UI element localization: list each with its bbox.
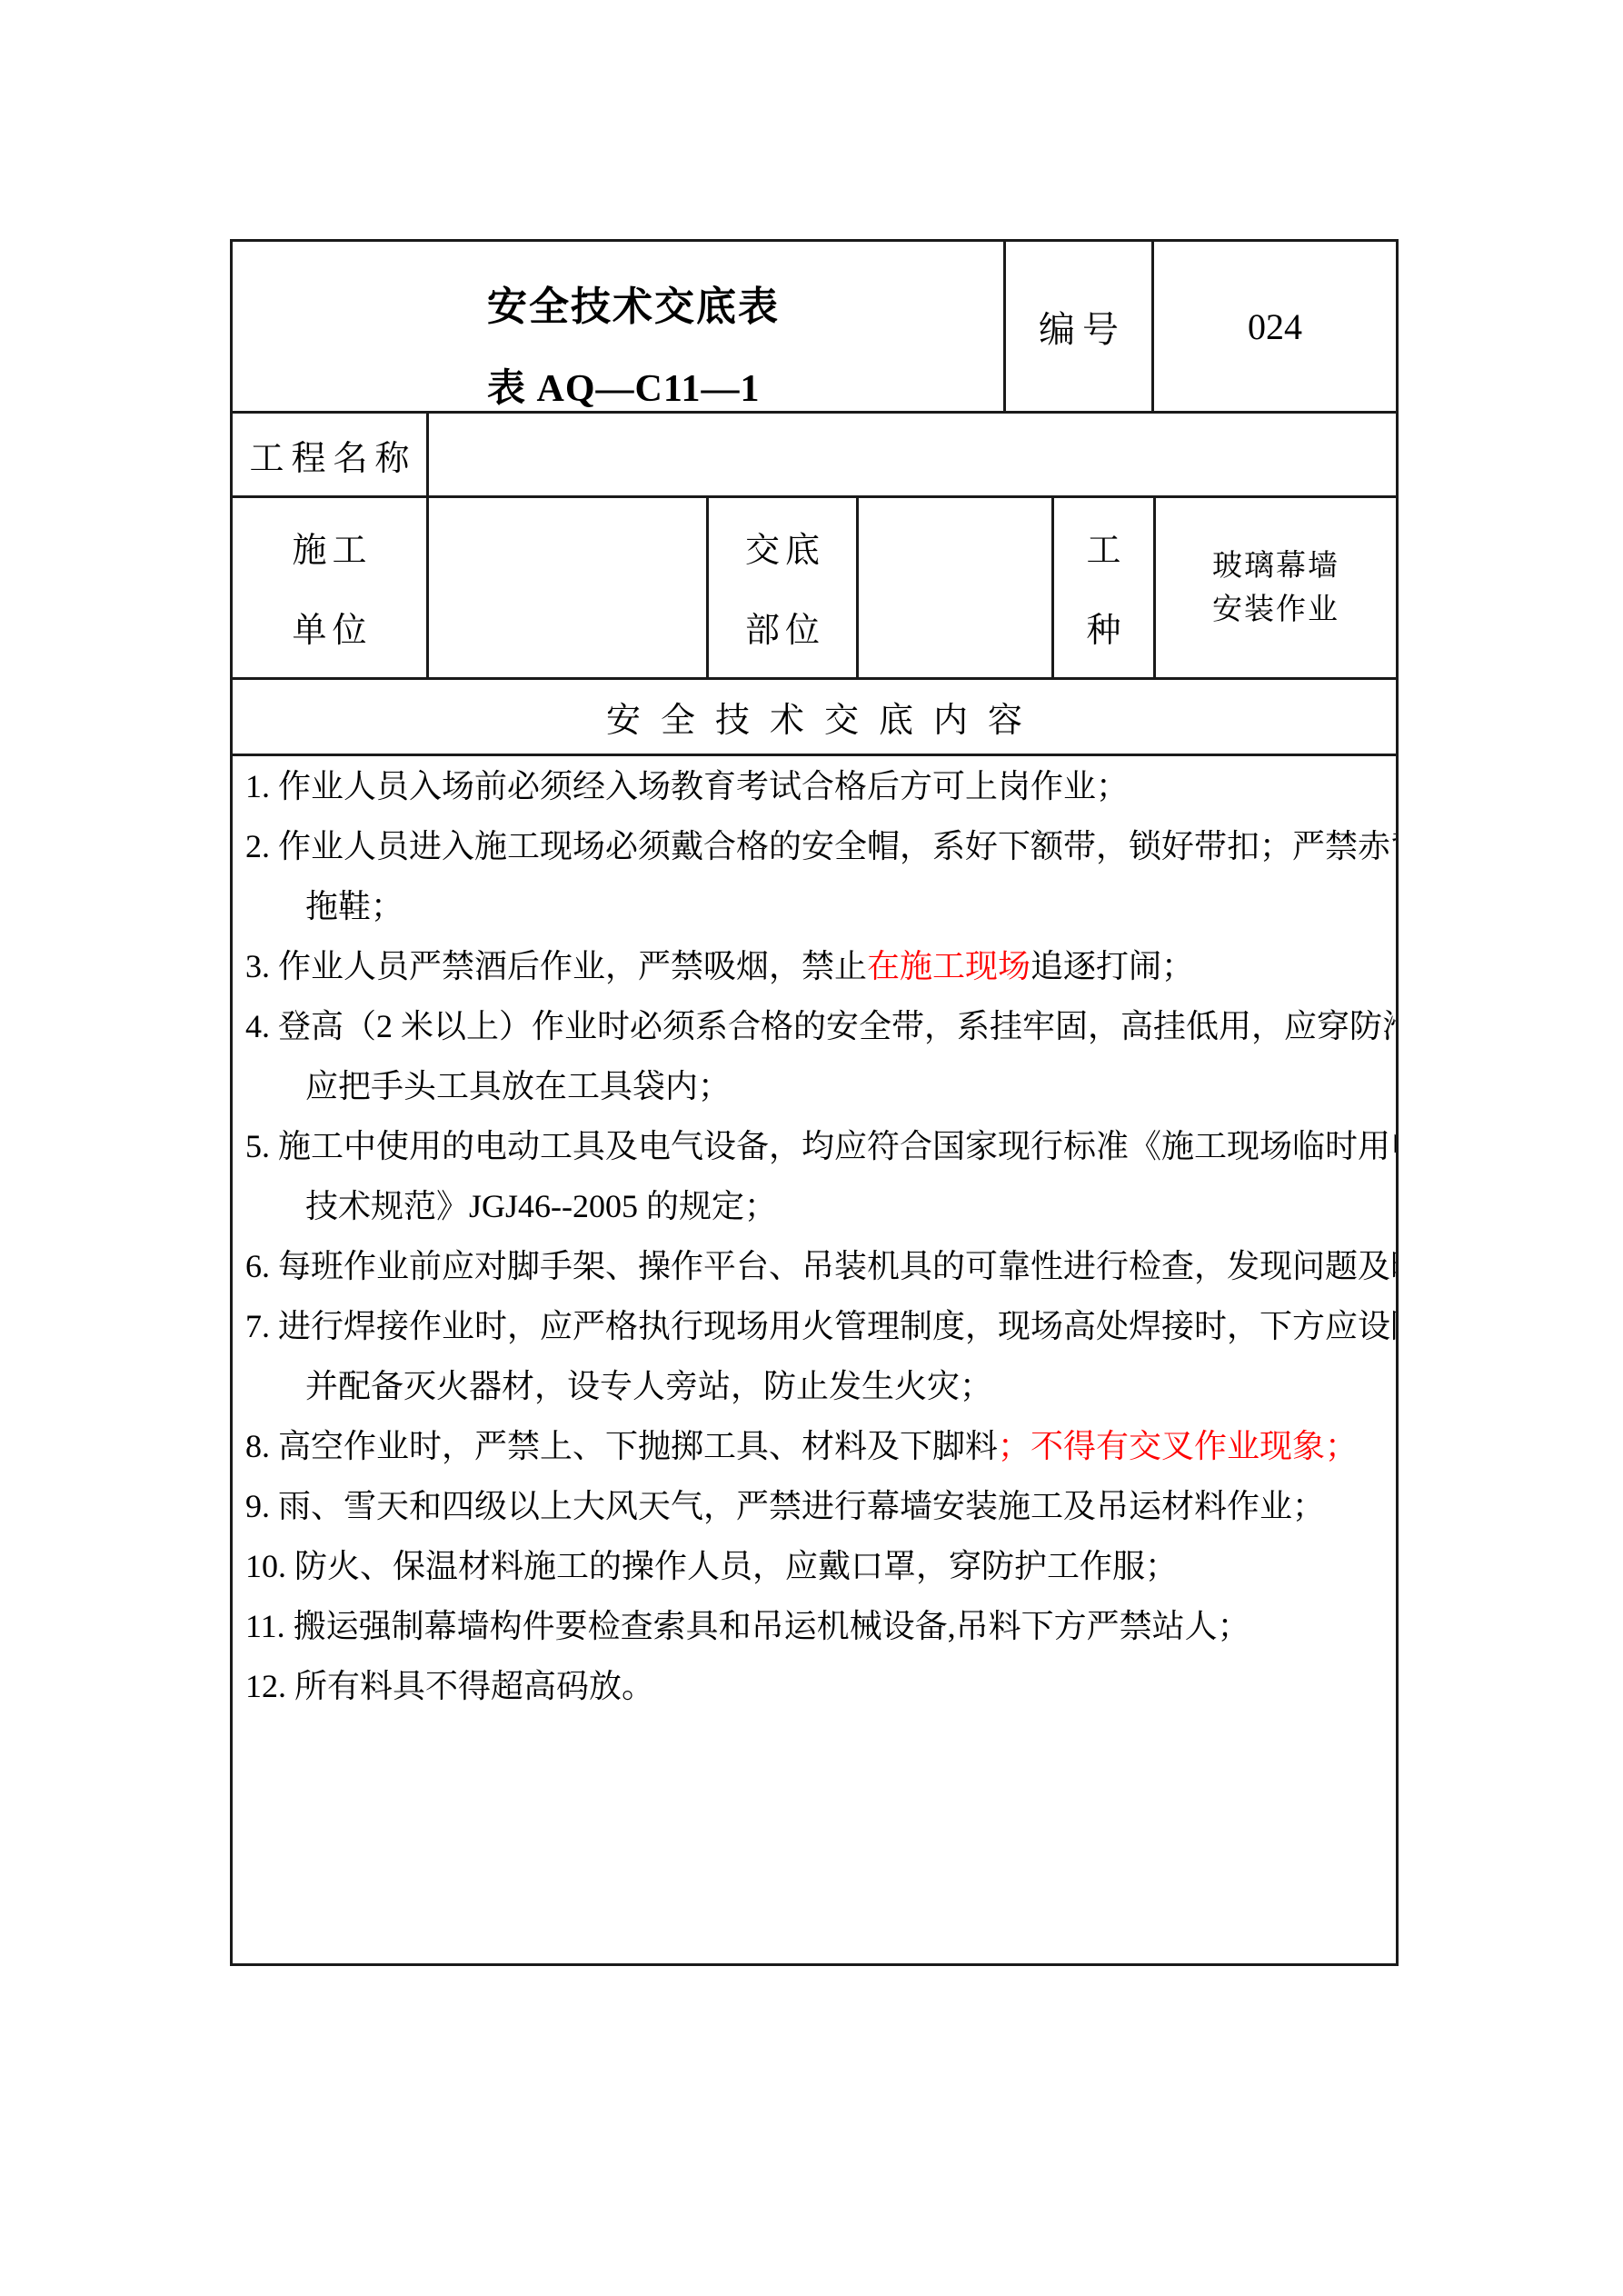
content-text: 9. 雨、雪天和四级以上大风天气，严禁进行幕墙安装施工及吊运材料作业； bbox=[245, 1488, 1325, 1524]
disclosure-part-label-cell: 交底 部位 bbox=[709, 498, 859, 680]
content-text: 2. 作业人员进入施工现场必须戴合格的安全帽，系好下额带，锁好带扣；严禁赤背，穿 bbox=[245, 828, 1396, 864]
content-line: 11. 搬运强制幕墙构件要检查索具和吊运机械设备,吊料下方严禁站人； bbox=[245, 1596, 1387, 1656]
content-line: 5. 施工中使用的电动工具及电气设备，均应符合国家现行标准《施工现场临时用电安全 bbox=[245, 1116, 1387, 1176]
project-name-label: 工程名称 bbox=[249, 430, 416, 480]
content-text: 应把手头工具放在工具袋内； bbox=[305, 1068, 731, 1104]
content-text-red: 在施工现场 bbox=[867, 948, 1031, 984]
form-title-cell: 安全技术交底表 表 AQ—C11—1 bbox=[233, 242, 1006, 414]
content-line: 1. 作业人员入场前必须经入场教育考试合格后方可上岗作业； bbox=[245, 756, 1387, 816]
disclosure-part-label-line2: 部位 bbox=[740, 602, 825, 652]
document-page: { "header": { "title": "安全技术交底表", "form_… bbox=[0, 0, 1623, 2296]
content-text: 8. 高空作业时，严禁上、下抛掷工具、材料及下脚料 bbox=[245, 1428, 998, 1464]
work-type-label-cell: 工 种 bbox=[1054, 498, 1156, 680]
content-text: 并配备灭火器材，设专人旁站，防止发生火灾； bbox=[305, 1368, 992, 1404]
work-type-value-line1: 玻璃幕墙 bbox=[1212, 544, 1339, 588]
content-text: 3. 作业人员严禁酒后作业，严禁吸烟，禁止 bbox=[245, 948, 867, 984]
work-type-label-line2: 种 bbox=[1080, 602, 1126, 652]
project-name-value-cell bbox=[429, 414, 1396, 498]
form-code: 表 AQ—C11—1 bbox=[487, 367, 1003, 411]
content-line: 3. 作业人员严禁酒后作业，严禁吸烟，禁止在施工现场追逐打闹； bbox=[245, 936, 1387, 996]
section-title: 安全技术交底内容 bbox=[606, 692, 1042, 742]
content-line: 拖鞋； bbox=[245, 876, 1387, 936]
content-line: 6. 每班作业前应对脚手架、操作平台、吊装机具的可靠性进行检查，发现问题及时解决… bbox=[245, 1236, 1387, 1296]
content-text-red: ；不得有交叉作业现象； bbox=[998, 1428, 1358, 1464]
content-line: 应把手头工具放在工具袋内； bbox=[245, 1056, 1387, 1116]
content-text: 12. 所有料具不得超高码放。 bbox=[245, 1668, 654, 1704]
number-label: 编号 bbox=[1039, 301, 1126, 353]
content-text: 4. 登高（2 米以上）作业时必须系合格的安全带，系挂牢固，高挂低用，应穿防滑鞋… bbox=[245, 1008, 1396, 1044]
content-line: 9. 雨、雪天和四级以上大风天气，严禁进行幕墙安装施工及吊运材料作业； bbox=[245, 1476, 1387, 1536]
construction-unit-label-cell: 施工 单位 bbox=[233, 498, 429, 680]
construction-unit-label-line1: 施工 bbox=[286, 522, 372, 572]
content-text: 6. 每班作业前应对脚手架、操作平台、吊装机具的可靠性进行检查，发现问题及时解决… bbox=[245, 1248, 1396, 1284]
content-line: 2. 作业人员进入施工现场必须戴合格的安全帽，系好下额带，锁好带扣；严禁赤背，穿 bbox=[245, 816, 1387, 876]
disclosure-content-area: 1. 作业人员入场前必须经入场教育考试合格后方可上岗作业；2. 作业人员进入施工… bbox=[233, 756, 1396, 1963]
content-text: 5. 施工中使用的电动工具及电气设备，均应符合国家现行标准《施工现场临时用电安全 bbox=[245, 1128, 1396, 1164]
content-text: 11. 搬运强制幕墙构件要检查索具和吊运机械设备,吊料下方严禁站人； bbox=[245, 1608, 1250, 1644]
number-value-cell: 024 bbox=[1154, 242, 1396, 414]
work-type-label-line1: 工 bbox=[1080, 522, 1126, 572]
content-line: 8. 高空作业时，严禁上、下抛掷工具、材料及下脚料；不得有交叉作业现象； bbox=[245, 1416, 1387, 1476]
section-title-cell: 安全技术交底内容 bbox=[233, 680, 1396, 756]
form-title: 安全技术交底表 bbox=[487, 285, 1003, 329]
construction-unit-label-line2: 单位 bbox=[286, 602, 372, 652]
number-label-cell: 编号 bbox=[1006, 242, 1154, 414]
content-text: 1. 作业人员入场前必须经入场教育考试合格后方可上岗作业； bbox=[245, 768, 1129, 804]
content-text: 追逐打闹； bbox=[1031, 948, 1194, 984]
content-line: 并配备灭火器材，设专人旁站，防止发生火灾； bbox=[245, 1356, 1387, 1416]
content-line: 技术规范》JGJ46--2005 的规定； bbox=[245, 1176, 1387, 1236]
project-name-label-cell: 工程名称 bbox=[233, 414, 429, 498]
content-line: 12. 所有料具不得超高码放。 bbox=[245, 1656, 1387, 1716]
content-line: 10. 防火、保温材料施工的操作人员，应戴口罩，穿防护工作服； bbox=[245, 1536, 1387, 1596]
number-value: 024 bbox=[1248, 305, 1302, 348]
content-text: 拖鞋； bbox=[305, 888, 403, 924]
content-text: 技术规范》JGJ46--2005 的规定； bbox=[305, 1188, 777, 1224]
content-line: 4. 登高（2 米以上）作业时必须系合格的安全带，系挂牢固，高挂低用，应穿防滑鞋… bbox=[245, 996, 1387, 1056]
work-type-value-cell: 玻璃幕墙 安装作业 bbox=[1156, 498, 1396, 680]
disclosure-part-value-cell bbox=[859, 498, 1054, 680]
content-text: 10. 防火、保温材料施工的操作人员，应戴口罩，穿防护工作服； bbox=[245, 1548, 1178, 1584]
disclosure-part-label-line1: 交底 bbox=[740, 522, 825, 572]
content-line: 7. 进行焊接作业时，应严格执行现场用火管理制度，现场高处焊接时，下方应设防火斗… bbox=[245, 1296, 1387, 1356]
construction-unit-value-cell bbox=[429, 498, 709, 680]
content-text: 7. 进行焊接作业时，应严格执行现场用火管理制度，现场高处焊接时，下方应设防火斗… bbox=[245, 1308, 1396, 1344]
work-type-value-line2: 安装作业 bbox=[1212, 588, 1339, 632]
safety-disclosure-table: 安全技术交底表 表 AQ—C11—1 编号 024 工程名称 施工 单位 交底 … bbox=[230, 239, 1399, 1966]
